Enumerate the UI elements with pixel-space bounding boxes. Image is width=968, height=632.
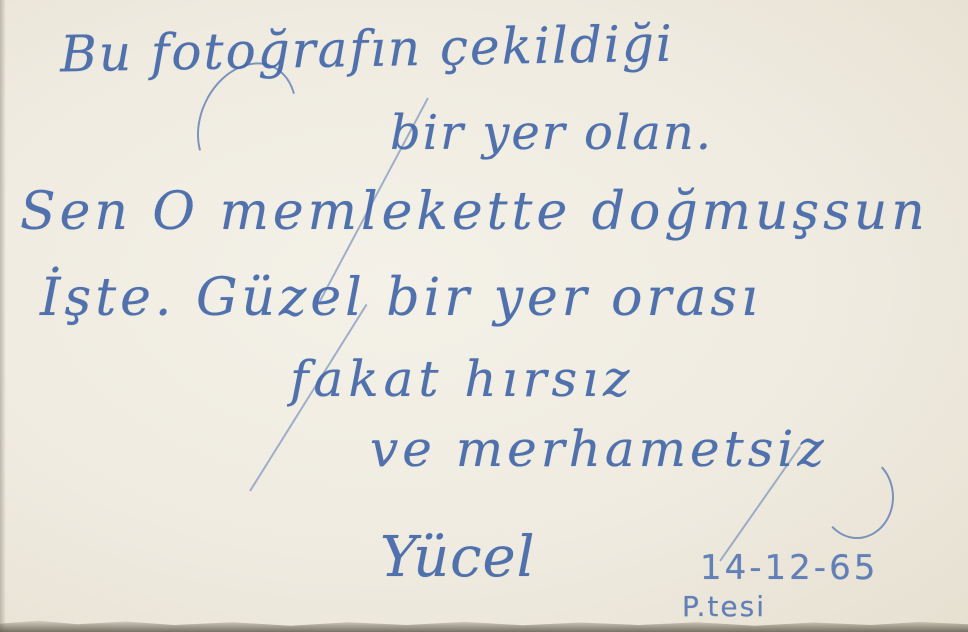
handwritten-date: 14-12-65 [700, 548, 878, 588]
postcard-back: Bu fotoğrafın çekildiği bir yer olan. Se… [0, 0, 968, 632]
handwritten-line-3: Sen O memlekette doğmuşsun [20, 182, 929, 242]
signature: Yücel [380, 525, 536, 590]
paper-edge-bottom [0, 618, 968, 632]
handwritten-line-1: Bu fotoğrafın çekildiği [60, 15, 675, 84]
handwritten-line-5: fakat hırsız [290, 350, 635, 408]
ink-flourish [820, 455, 894, 539]
handwritten-day: P.tesi [682, 590, 766, 623]
handwritten-line-4: İşte. Güzel bir yer orası [40, 268, 762, 328]
handwritten-line-6: ve merhametsiz [370, 420, 828, 478]
paper-edge-left [0, 0, 6, 632]
handwritten-line-2: bir yer olan. [390, 105, 713, 161]
